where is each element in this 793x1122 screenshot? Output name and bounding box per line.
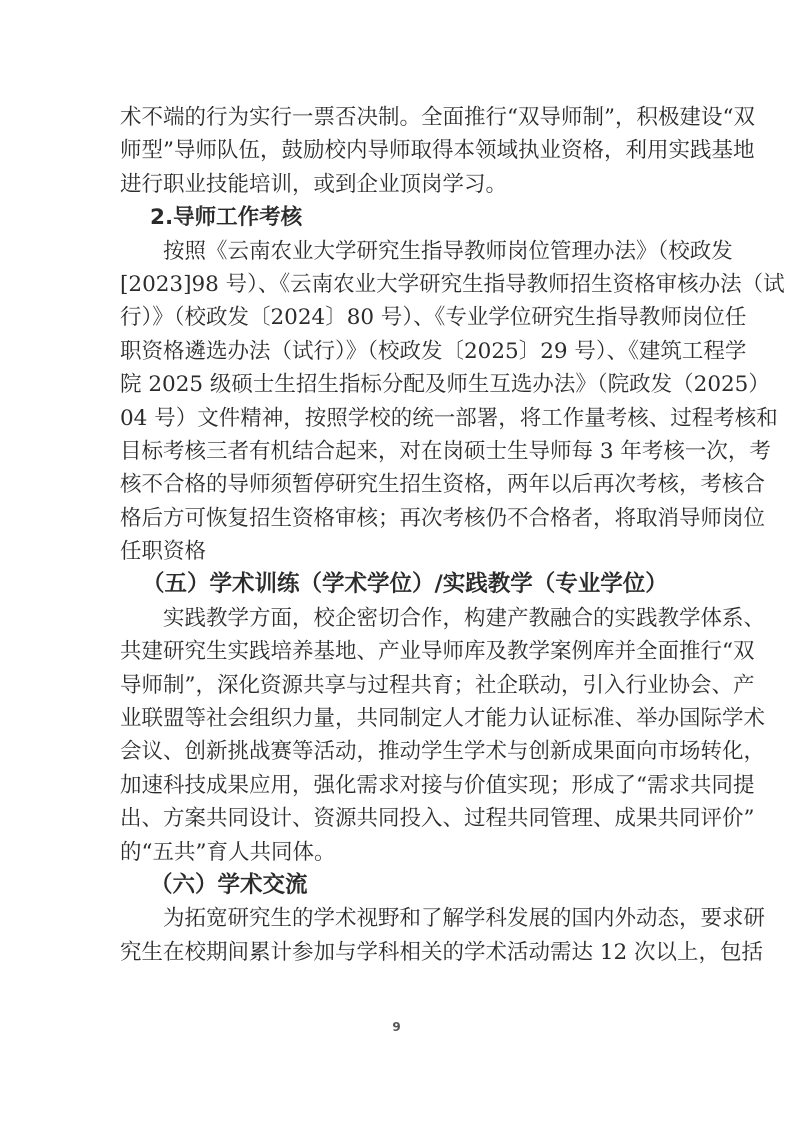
text-line: 加速科技成果应用，强化需求对接与价值实现；形成了“需求共同提 bbox=[120, 769, 673, 802]
text-line: [2023]98 号）、《云南农业大学研究生指导教师招生资格审核办法（试 bbox=[120, 268, 673, 301]
page-number: 9 bbox=[0, 1020, 793, 1034]
text-line: 为拓宽研究生的学术视野和了解学科发展的国内外动态，要求研 bbox=[120, 902, 673, 935]
text-line: 的“五共”育人共同体。 bbox=[120, 836, 673, 869]
section-heading-academic-training: （五）学术训练（学术学位）/实践教学（专业学位） bbox=[120, 568, 673, 601]
text-line: 格后方可恢复招生资格审核；再次考核仍不合格者，将取消导师岗位 bbox=[120, 502, 673, 535]
text-line: 会议、创新挑战赛等活动，推动学生学术与创新成果面向市场转化， bbox=[120, 735, 673, 768]
text-line: 目标考核三者有机结合起来，对在岗硕士生导师每 3 年考核一次，考 bbox=[120, 435, 673, 468]
text-line: 共建研究生实践培养基地、产业导师库及教学案例库并全面推行“双 bbox=[120, 635, 673, 668]
text-line: 出、方案共同设计、资源共同投入、过程共同管理、成果共同评价” bbox=[120, 802, 673, 835]
text-line: 核不合格的导师须暂停研究生招生资格，两年以后再次考核，考核合 bbox=[120, 468, 673, 501]
text-line: 术不端的行为实行一票否决制。全面推行“双导师制”，积极建设“双 bbox=[120, 101, 673, 134]
text-line: 行）》（校政发〔2024〕80 号）、《专业学位研究生指导教师岗位任 bbox=[120, 301, 673, 334]
paragraph-academic-exchange: 为拓宽研究生的学术视野和了解学科发展的国内外动态，要求研 究生在校期间累计参加与… bbox=[120, 902, 673, 969]
text-line: 究生在校期间累计参加与学科相关的学术活动需达 12 次以上，包括 bbox=[120, 936, 673, 969]
text-line: 04 号）文件精神，按照学校的统一部署，将工作量考核、过程考核和 bbox=[120, 402, 673, 435]
text-line: 实践教学方面，校企密切合作，构建产教融合的实践教学体系、 bbox=[120, 602, 673, 635]
paragraph-mentor-assessment: 按照《云南农业大学研究生指导教师岗位管理办法》（校政发 [2023]98 号）、… bbox=[120, 235, 673, 569]
text-line: 导师制”，深化资源共享与过程共育；社企联动，引入行业协会、产 bbox=[120, 669, 673, 702]
text-line: 院 2025 级硕士生招生指标分配及师生互选办法》（院政发（2025） bbox=[120, 368, 673, 401]
section-heading-academic-exchange: （六）学术交流 bbox=[120, 869, 673, 902]
paragraph-practice-teaching: 实践教学方面，校企密切合作，构建产教融合的实践教学体系、 共建研究生实践培养基地… bbox=[120, 602, 673, 869]
text-line: 按照《云南农业大学研究生指导教师岗位管理办法》（校政发 bbox=[120, 235, 673, 268]
document-page: 术不端的行为实行一票否决制。全面推行“双导师制”，积极建设“双 师型”导师队伍，… bbox=[0, 0, 793, 1122]
text-line: 师型”导师队伍，鼓励校内导师取得本领域执业资格，利用实践基地 bbox=[120, 134, 673, 167]
paragraph-double-mentor: 术不端的行为实行一票否决制。全面推行“双导师制”，积极建设“双 师型”导师队伍，… bbox=[120, 101, 673, 201]
text-line: 业联盟等社会组织力量，共同制定人才能力认证标准、举办国际学术 bbox=[120, 702, 673, 735]
subheading-mentor-assessment: 2.导师工作考核 bbox=[120, 201, 673, 234]
text-line: 进行职业技能培训，或到企业顶岗学习。 bbox=[120, 168, 673, 201]
text-line: 任职资格 bbox=[120, 535, 673, 568]
page-body: 术不端的行为实行一票否决制。全面推行“双导师制”，积极建设“双 师型”导师队伍，… bbox=[120, 101, 673, 969]
text-line: 职资格遴选办法（试行）》（校政发〔2025〕29 号）、《建筑工程学 bbox=[120, 335, 673, 368]
